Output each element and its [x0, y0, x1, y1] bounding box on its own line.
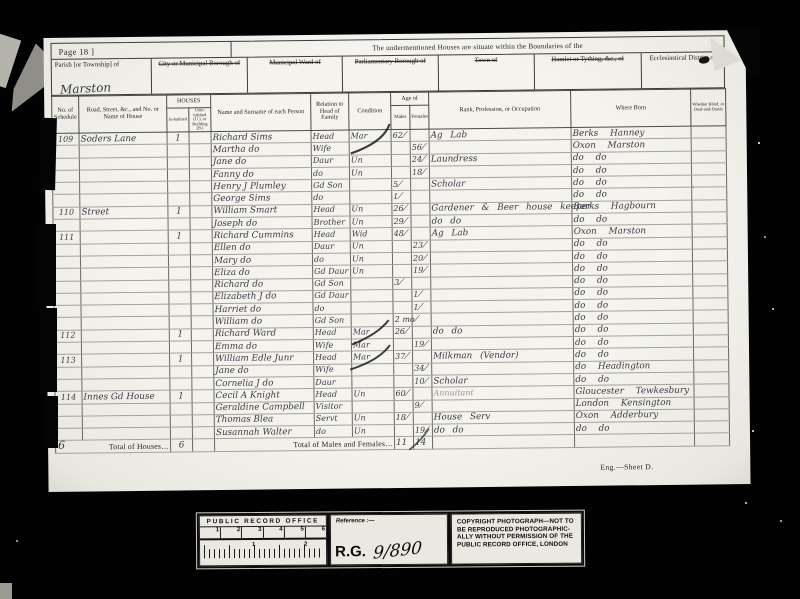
cell-schedule: [52, 145, 79, 158]
reference-series: R.G.: [335, 543, 366, 560]
pencil-tick: ⁄: [399, 278, 403, 288]
cell-age_m: [393, 338, 412, 351]
cell-road: [80, 194, 168, 207]
cell-relation: Brother: [312, 216, 350, 229]
reference-piece-number: 9/890: [372, 538, 422, 564]
cell-age_m: 2 mo⁄: [393, 314, 412, 327]
cell-relation: do: [314, 425, 352, 438]
cell-condition: [352, 400, 394, 413]
cell-infirm: [692, 187, 727, 200]
total-houses-value: 6: [171, 439, 193, 452]
cell-inhabited: [169, 292, 191, 305]
cell-age_f: 19⁄: [413, 424, 432, 437]
census-form: Page 18 ] The undermentioned Houses are …: [51, 35, 730, 453]
cell-name: Jane do: [211, 155, 311, 168]
cell-uninhabited: [189, 144, 211, 157]
cell-inhabited: 1: [168, 206, 190, 219]
cell-schedule: [54, 318, 81, 331]
cell-relation: do: [313, 302, 351, 315]
cell-age_m: [393, 301, 412, 314]
cell-name: Eliza do: [213, 266, 313, 279]
ruler-minor-ticks: [204, 548, 322, 558]
col-header-females: Females: [410, 105, 429, 129]
cell-road: [82, 415, 170, 428]
pencil-tick: ⁄: [420, 401, 424, 411]
cell-inhabited: [167, 144, 189, 157]
cell-schedule: 112: [54, 330, 81, 343]
cell-condition: [352, 363, 394, 376]
reference-value: R.G. 9/890: [335, 541, 422, 562]
cell-inhabited: [168, 218, 190, 231]
cell-inhabited: 1: [169, 329, 191, 342]
cell-road: [81, 267, 169, 280]
cell-schedule: [53, 182, 80, 195]
cell-road: [82, 353, 170, 366]
cell-road: [80, 255, 168, 268]
location-header-label: Municipal Ward of: [269, 59, 321, 67]
cell-uninhabited: [189, 168, 211, 181]
pencil-tick: ⁄: [422, 155, 426, 165]
scan-background: Page 18 ] The undermentioned Houses are …: [0, 0, 800, 599]
cell-age_m: [391, 154, 410, 167]
cell-road: Soders Lane: [79, 132, 167, 145]
cell-schedule: [54, 281, 81, 294]
cell-condition: [350, 179, 392, 192]
cell-schedule: [52, 170, 79, 183]
cell-name: Emma do: [213, 339, 313, 352]
cell-schedule: 111: [53, 231, 80, 244]
cell-name: Jane do: [214, 364, 314, 377]
cell-age_m: 37⁄: [394, 351, 413, 364]
public-record-office-strip: PUBLIC RECORD OFFICE 123456 1 2 Referenc…: [196, 510, 585, 570]
cell-name: Martha do: [211, 143, 311, 156]
pencil-tick: ⁄: [424, 376, 428, 386]
cell-condition: [351, 289, 393, 302]
cell-uninhabited: [191, 328, 213, 341]
cell-relation: Gd Daur: [313, 290, 351, 303]
cell-age_f: [412, 277, 431, 290]
pencil-tick: ⁄: [403, 204, 407, 214]
cell-condition: Un: [352, 412, 394, 425]
pencil-tick: ⁄: [424, 364, 428, 374]
pencil-tick: ⁄: [405, 352, 409, 362]
pencil-tick: ⁄: [405, 327, 409, 337]
cell-road: Street: [80, 206, 168, 219]
cell-infirm: [692, 236, 727, 249]
cell-infirm: [692, 175, 727, 188]
ruler-cm-scale: 1 2: [200, 539, 326, 560]
cell-inhabited: 1: [167, 132, 189, 145]
cell-relation: do: [311, 167, 349, 180]
cell-condition: Mar: [349, 130, 391, 143]
location-header-label: Hamlet or Tything, &c., of: [551, 55, 624, 63]
scan-edge-mark: [39, 118, 57, 190]
cell-condition: [349, 142, 391, 155]
cell-condition: [352, 375, 394, 388]
cell-road: [81, 341, 169, 354]
cell-age_f: 10⁄: [413, 375, 432, 388]
cell-uninhabited: [189, 156, 211, 169]
cell-inhabited: [168, 181, 190, 194]
cell-relation: Gd Son: [313, 314, 351, 327]
cell-relation: Daur: [312, 241, 350, 254]
cell-uninhabited: [190, 230, 212, 243]
scan-edge-mark: [40, 308, 57, 392]
cell-schedule: [55, 367, 82, 380]
cell-condition: [351, 314, 393, 327]
location-header-cell: Parliamentary Borough of: [343, 56, 439, 92]
cell-infirm: [694, 372, 729, 385]
cell-infirm: [693, 261, 728, 274]
cell-inhabited: [170, 415, 192, 428]
cell-road: [79, 144, 167, 157]
cell-relation: Head: [314, 351, 352, 364]
location-header-cell: City or Municipal Borough of: [151, 58, 248, 94]
cell-age_f: 56⁄: [410, 141, 429, 154]
location-header-cell: Municipal Ward of: [248, 57, 343, 93]
cell-age_f: [411, 203, 430, 216]
location-header-label: Town of: [475, 57, 498, 64]
cell-age_m: 18⁄: [394, 412, 413, 425]
cell-age_f: [411, 215, 430, 228]
ruler-inch-number: 6: [306, 526, 326, 537]
cell-uninhabited: [192, 414, 214, 427]
cell-name: Richard Ward: [213, 327, 313, 340]
margin-annotation: 6: [58, 439, 65, 452]
total-persons-label: Total of Males and Females…: [215, 437, 395, 451]
cell-name: Ellen do: [212, 241, 312, 254]
pencil-tick: ⁄: [404, 217, 408, 227]
cell-condition: [351, 277, 393, 290]
cell-age_f: [411, 227, 430, 240]
cell-schedule: [53, 195, 80, 208]
cell-name: Fanny do: [211, 167, 311, 180]
location-header-cell: Parish [or Township] ofMarston: [52, 59, 152, 95]
cell-relation: Daur: [314, 376, 352, 389]
ruler-inch-number: 5: [285, 527, 306, 538]
cell-infirm: [691, 138, 726, 151]
pencil-tick: ⁄: [422, 167, 426, 177]
cell-road: [82, 378, 170, 391]
cell-uninhabited: [190, 193, 212, 206]
cell-relation: Gd Son: [312, 179, 350, 192]
cell-relation: do: [312, 191, 350, 204]
cell-age_f: [410, 129, 429, 142]
cell-age_f: 24⁄: [410, 154, 429, 167]
col-header-age: Age of: [391, 92, 429, 105]
cell-road: [79, 169, 167, 182]
cell-relation: Visitor: [314, 401, 352, 414]
total-houses-label: Total of Houses…: [56, 439, 171, 453]
cell-inhabited: [169, 316, 191, 329]
cell-age_f: 9⁄: [413, 400, 432, 413]
cell-relation: Gd Daur: [313, 265, 351, 278]
cell-name: Mary do: [212, 253, 312, 266]
col-header-relation: Relation to Head of Family: [311, 93, 349, 130]
page-number-label: Page 18 ]: [52, 42, 232, 59]
cell-infirm: [693, 310, 728, 323]
ruler-inch-scale: 123456: [200, 526, 326, 540]
cell-infirm: [694, 409, 729, 422]
cell-condition: Mar: [352, 351, 394, 364]
ruler-cm-number: 1: [252, 542, 255, 548]
cell-age_f: 18⁄: [410, 166, 429, 179]
cell-infirm: [692, 249, 727, 262]
cell-schedule: [55, 404, 82, 417]
cell-uninhabited: [192, 353, 214, 366]
cell-age_f: [411, 178, 430, 191]
cell-name: Harriet do: [213, 303, 313, 316]
cell-road: [81, 304, 169, 317]
cell-uninhabited: [192, 402, 214, 415]
cell-road: Innes Gd House: [82, 390, 170, 403]
cell-schedule: [55, 379, 82, 392]
cell-age_f: [413, 412, 432, 425]
cell-inhabited: [168, 255, 190, 268]
cell-condition: Un: [350, 216, 392, 229]
empty-cell: [193, 439, 215, 452]
cell-relation: Daur: [311, 155, 349, 168]
pencil-tick: ⁄: [398, 180, 402, 190]
cell-condition: Un: [350, 252, 392, 265]
cell-schedule: [55, 416, 82, 429]
cell-relation: Head: [311, 130, 349, 143]
scan-edge-mark: [0, 583, 12, 599]
cell-age_m: 48⁄: [392, 228, 411, 241]
cell-inhabited: 1: [170, 353, 192, 366]
cell-inhabited: [170, 402, 192, 415]
pro-office-title: PUBLIC RECORD OFFICE: [200, 515, 326, 527]
cell-condition: Un: [352, 425, 394, 438]
census-document-sheet: Page 18 ] The undermentioned Houses are …: [43, 30, 750, 492]
cell-road: [82, 427, 170, 440]
cell-infirm: [693, 273, 728, 286]
ruler-inch-number: 4: [263, 527, 284, 538]
cell-age_m: 1⁄: [392, 191, 411, 204]
cell-relation: Wife: [314, 364, 352, 377]
cell-age_f: 1⁄: [412, 301, 431, 314]
cell-inhabited: 1: [170, 390, 192, 403]
cell-inhabited: [169, 304, 191, 317]
cell-road: [80, 230, 168, 243]
cell-name: Thomas Blea: [214, 413, 314, 426]
cell-age_m: [391, 142, 410, 155]
cell-relation: Servt: [314, 413, 352, 426]
cell-road: [82, 403, 170, 416]
cell-road: [80, 243, 168, 256]
cell-age_f: 1⁄: [412, 289, 431, 302]
cell-name: Henry J Plumley: [212, 180, 312, 193]
cell-infirm: [692, 224, 727, 237]
cell-infirm: [693, 286, 728, 299]
cell-road: [81, 329, 169, 342]
empty-cell: [574, 434, 694, 448]
pencil-tick: ⁄: [425, 425, 429, 435]
col-header-males: Males: [391, 105, 410, 129]
cell-road: [82, 366, 170, 379]
cell-relation: Head: [313, 327, 351, 340]
location-header-label: Parliamentary Borough of: [355, 58, 426, 66]
cell-age_m: [393, 289, 412, 302]
cell-schedule: 113: [55, 354, 82, 367]
cell-uninhabited: [192, 390, 214, 403]
cell-age_f: 19⁄: [412, 264, 431, 277]
pencil-tick: ⁄: [423, 253, 427, 263]
cell-age_m: 26⁄: [392, 203, 411, 216]
cell-infirm: [693, 347, 728, 360]
ink-blot: [698, 55, 710, 64]
cell-relation: Head: [312, 204, 350, 217]
cell-schedule: [53, 219, 80, 232]
cell-infirm: [694, 421, 729, 434]
cell-schedule: 110: [53, 207, 80, 220]
situate-line: The undermentioned Houses are situate wi…: [232, 40, 724, 54]
copyright-line: PUBLIC RECORD OFFICE, LONDON: [457, 541, 577, 550]
cell-age_m: 62⁄: [391, 129, 410, 142]
cell-age_m: [394, 375, 413, 388]
cell-age_f: [413, 350, 432, 363]
cell-uninhabited: [189, 132, 211, 145]
col-header-houses: HOUSES: [167, 95, 211, 108]
cell-inhabited: [167, 169, 189, 182]
cell-inhabited: [170, 378, 192, 391]
cell-road: [80, 181, 168, 194]
cell-name: Susannah Walter: [214, 426, 314, 439]
cell-name: Richard Cummins: [212, 229, 312, 242]
scan-edge-mark: [38, 224, 56, 306]
cell-condition: Mar: [351, 326, 393, 339]
location-header-cell: Town of: [439, 54, 535, 90]
census-table: No. of Schedule Road, Street, &c., and N…: [51, 88, 730, 453]
cell-uninhabited: [190, 242, 212, 255]
cell-age_f: [413, 387, 432, 400]
cell-name: Elizabeth J do: [213, 290, 313, 303]
cell-schedule: [52, 158, 79, 171]
dust-speckles: [0, 0, 2, 2]
cell-age_f: 34⁄: [413, 363, 432, 376]
pro-copyright-box: COPYRIGHT PHOTOGRAPH—NOT TOBE REPRODUCED…: [451, 513, 582, 565]
pencil-tick: ⁄: [422, 143, 426, 153]
cell-schedule: [54, 293, 81, 306]
cell-condition: Un: [350, 240, 392, 253]
cell-infirm: [691, 163, 726, 176]
cell-inhabited: [170, 365, 192, 378]
cell-relation: Wife: [311, 142, 349, 155]
cell-name: Richard Sims: [211, 130, 311, 143]
cell-schedule: [54, 342, 81, 355]
cell-uninhabited: [191, 341, 213, 354]
cell-name: Richard do: [213, 278, 313, 291]
scan-edge-mark: [43, 396, 58, 448]
cell-inhabited: [168, 193, 190, 206]
cell-schedule: [53, 256, 80, 269]
cell-inhabited: [170, 427, 192, 440]
cell-age_f: [412, 326, 431, 339]
cell-uninhabited: [192, 377, 214, 390]
cell-uninhabited: [191, 304, 213, 317]
pencil-tick: ⁄: [398, 192, 402, 202]
location-header-cell: Hamlet or Tything, &c., of: [534, 53, 642, 89]
cell-age_m: [394, 424, 413, 437]
pro-reference-box: Reference :— R.G. 9/890: [330, 514, 448, 566]
cell-uninhabited: [192, 427, 214, 440]
cell-road: [79, 157, 167, 170]
cell-age_m: [392, 252, 411, 265]
pencil-tick: ⁄: [424, 339, 428, 349]
pencil-tick: ⁄: [403, 130, 407, 140]
cell-condition: Un: [352, 388, 394, 401]
empty-cell: [432, 435, 574, 449]
cell-infirm: [693, 335, 728, 348]
pencil-tick: ⁄: [404, 229, 408, 239]
cell-name: George Sims: [212, 192, 312, 205]
ruler-inch-number: 1: [200, 527, 221, 538]
cell-uninhabited: [190, 218, 212, 231]
location-header-label: City or Municipal Borough of: [158, 60, 240, 68]
cell-age_m: [393, 265, 412, 278]
cell-name: Cecil A Knight: [214, 389, 314, 402]
cell-age_m: [392, 240, 411, 253]
cell-relation: Wife: [313, 339, 351, 352]
ruler-inch-number: 2: [221, 527, 242, 538]
cell-infirm: [693, 298, 728, 311]
cell-age_f: 19⁄: [412, 338, 431, 351]
cell-uninhabited: [191, 291, 213, 304]
cell-condition: [350, 191, 392, 204]
cell-condition: Un: [349, 154, 391, 167]
cell-uninhabited: [190, 205, 212, 218]
cell-infirm: [691, 126, 726, 139]
cell-age_m: 26⁄: [393, 326, 412, 339]
cell-inhabited: [168, 242, 190, 255]
cell-condition: [351, 302, 393, 315]
total-males-value: 11: [394, 437, 413, 450]
cell-condition: Un: [350, 203, 392, 216]
cell-age_m: [394, 400, 413, 413]
cell-uninhabited: [192, 365, 214, 378]
cell-inhabited: [169, 279, 191, 292]
cell-age_f: 23⁄: [411, 240, 430, 253]
cell-infirm: [694, 359, 729, 372]
reference-label: Reference :—: [336, 518, 375, 524]
cell-uninhabited: [191, 316, 213, 329]
cell-age_m: 60⁄: [394, 388, 413, 401]
empty-cell: [694, 433, 729, 446]
location-header-label: Parish [or Township] of: [55, 61, 120, 69]
col-header-name: Name and Surname of each Person: [211, 93, 311, 131]
cell-infirm: [693, 322, 728, 335]
cell-condition: Mar: [351, 339, 393, 352]
col-header-born: Where Born: [571, 89, 691, 127]
cell-infirm: [694, 396, 729, 409]
pro-ruler-box: PUBLIC RECORD OFFICE 123456 1 2: [199, 514, 327, 566]
cell-uninhabited: [190, 181, 212, 194]
cell-schedule: [53, 244, 80, 257]
ruler-inch-number: 3: [242, 527, 263, 538]
cell-age_f: [411, 191, 430, 204]
cell-road: [80, 218, 168, 231]
pencil-tick: ⁄: [423, 266, 427, 276]
pencil-tick: ⁄: [406, 413, 410, 423]
cell-schedule: [54, 305, 81, 318]
cell-uninhabited: [191, 279, 213, 292]
col-header-occupation: Rank, Profession, or Occupation: [429, 91, 571, 130]
cell-condition: Wid: [350, 228, 392, 241]
cell-relation: do: [312, 253, 350, 266]
cell-inhabited: [169, 267, 191, 280]
cell-age_m: [394, 363, 413, 376]
cell-age_m: [391, 166, 410, 179]
